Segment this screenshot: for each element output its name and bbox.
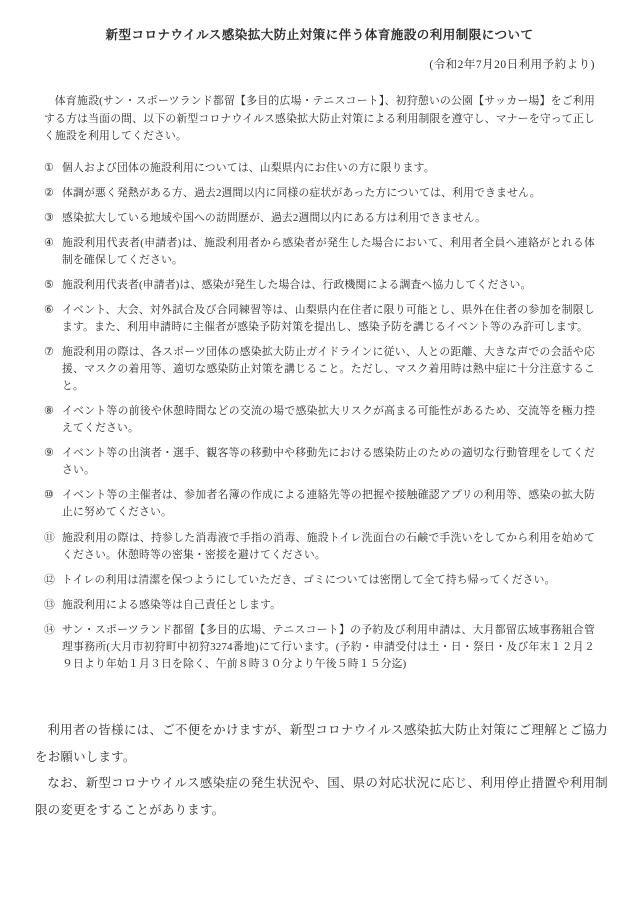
item-text: イベント等の前後や休憩時間などの交流の場で感染拡大リスクが高まる可能性があるため… [62, 403, 595, 437]
item-number: ⑥ [44, 302, 62, 336]
item-number: ③ [44, 210, 62, 227]
date-note: (令和2年7月20日利用予約より) [44, 56, 595, 72]
item-text: 体調が悪く発熱がある方、過去2週間以内に同様の症状があった方については、利用でき… [62, 185, 595, 202]
list-item: ⑪ 施設利用の際は、持参した消毒液で手指の消毒、施設トイレ洗面台の石鹸で手洗いを… [44, 530, 595, 564]
item-text: 施設利用の際は、各スポーツ団体の感染拡大防止ガイドラインに従い、人との距離、大き… [62, 344, 595, 395]
item-text: イベント、大会、対外試合及び合同練習等は、山梨県内在住者に限り可能とし、県外在住… [62, 302, 595, 336]
document-page: 新型コロナウイルス感染拡大防止対策に伴う体育施設の利用制限について (令和2年7… [0, 0, 636, 900]
list-item: ④ 施設利用代表者(申請者)は、施設利用者から感染者が発生した場合において、利用… [44, 235, 595, 269]
list-item: ⑦ 施設利用の際は、各スポーツ団体の感染拡大防止ガイドラインに従い、人との距離、… [44, 344, 595, 395]
list-item: ② 体調が悪く発熱がある方、過去2週間以内に同様の症状があった方については、利用… [44, 185, 595, 202]
list-item: ⑬ 施設利用による感染等は自己責任とします。 [44, 597, 595, 614]
item-text: 施設利用の際は、持参した消毒液で手指の消毒、施設トイレ洗面台の石鹸で手洗いをして… [62, 530, 595, 564]
item-number: ② [44, 185, 62, 202]
closing-section: 利用者の皆様には、ご不便をかけますが、新型コロナウイルス感染拡大防止対策にご理解… [35, 717, 608, 824]
item-text: イベント等の主催者は、参加者名簿の作成による連絡先等の把握や接触確認アプリの利用… [62, 487, 595, 521]
item-number: ⑪ [44, 530, 62, 564]
closing-paragraph-2: なお、新型コロナウイルス感染症の発生状況や、国、県の対応状況に応じ、利用停止措置… [35, 770, 608, 823]
item-number: ⑬ [44, 597, 62, 614]
item-text: 施設利用代表者(申請者)は、施設利用者から感染者が発生した場合において、利用者全… [62, 235, 595, 269]
item-number: ⑨ [44, 445, 62, 479]
list-item: ⑫ トイレの利用は清潔を保つようにしていただき、ゴミについては密閉して全て持ち帰… [44, 572, 595, 589]
list-item: ⑤ 施設利用代表者(申請者)は、感染が発生した場合は、行政機関による調査へ協力し… [44, 277, 595, 294]
item-number: ⑩ [44, 487, 62, 521]
list-item: ⑥ イベント、大会、対外試合及び合同練習等は、山梨県内在住者に限り可能とし、県外… [44, 302, 595, 336]
list-item: ③ 感染拡大している地域や国への訪問歴が、過去2週間以内にある方は利用できません… [44, 210, 595, 227]
item-number: ⑧ [44, 403, 62, 437]
list-item: ① 個人および団体の施設利用については、山梨県内にお住いの方に限ります。 [44, 160, 595, 177]
item-number: ① [44, 160, 62, 177]
page-title: 新型コロナウイルス感染拡大防止対策に伴う体育施設の利用制限について [44, 27, 595, 43]
closing-paragraph-1: 利用者の皆様には、ご不便をかけますが、新型コロナウイルス感染拡大防止対策にご理解… [35, 717, 608, 770]
item-text: トイレの利用は清潔を保つようにしていただき、ゴミについては密閉して全て持ち帰って… [62, 572, 595, 589]
item-text: 施設利用による感染等は自己責任とします。 [62, 597, 595, 614]
item-text: 施設利用代表者(申請者)は、感染が発生した場合は、行政機関による調査へ協力してく… [62, 277, 595, 294]
list-item: ⑭ サン・スポーツランド都留【多目的広場、テニスコート】の予約及び利用申請は、大… [44, 622, 595, 673]
rules-list: ① 個人および団体の施設利用については、山梨県内にお住いの方に限ります。 ② 体… [44, 160, 595, 673]
item-number: ⑤ [44, 277, 62, 294]
item-number: ④ [44, 235, 62, 269]
item-text: サン・スポーツランド都留【多目的広場、テニスコート】の予約及び利用申請は、大月都… [62, 622, 595, 673]
item-number: ⑭ [44, 622, 62, 673]
item-number: ⑦ [44, 344, 62, 395]
list-item: ⑩ イベント等の主催者は、参加者名簿の作成による連絡先等の把握や接触確認アプリの… [44, 487, 595, 521]
item-text: 個人および団体の施設利用については、山梨県内にお住いの方に限ります。 [62, 160, 595, 177]
item-number: ⑫ [44, 572, 62, 589]
item-text: イベント等の出演者・選手、観客等の移動中や移動先における感染防止のための適切な行… [62, 445, 595, 479]
item-text: 感染拡大している地域や国への訪問歴が、過去2週間以内にある方は利用できません。 [62, 210, 595, 227]
list-item: ⑨ イベント等の出演者・選手、観客等の移動中や移動先における感染防止のための適切… [44, 445, 595, 479]
list-item: ⑧ イベント等の前後や休憩時間などの交流の場で感染拡大リスクが高まる可能性がある… [44, 403, 595, 437]
intro-paragraph: 体育施設(サン・スポーツランド都留【多目的広場・テニスコート】、初狩憩いの公園【… [44, 93, 595, 145]
